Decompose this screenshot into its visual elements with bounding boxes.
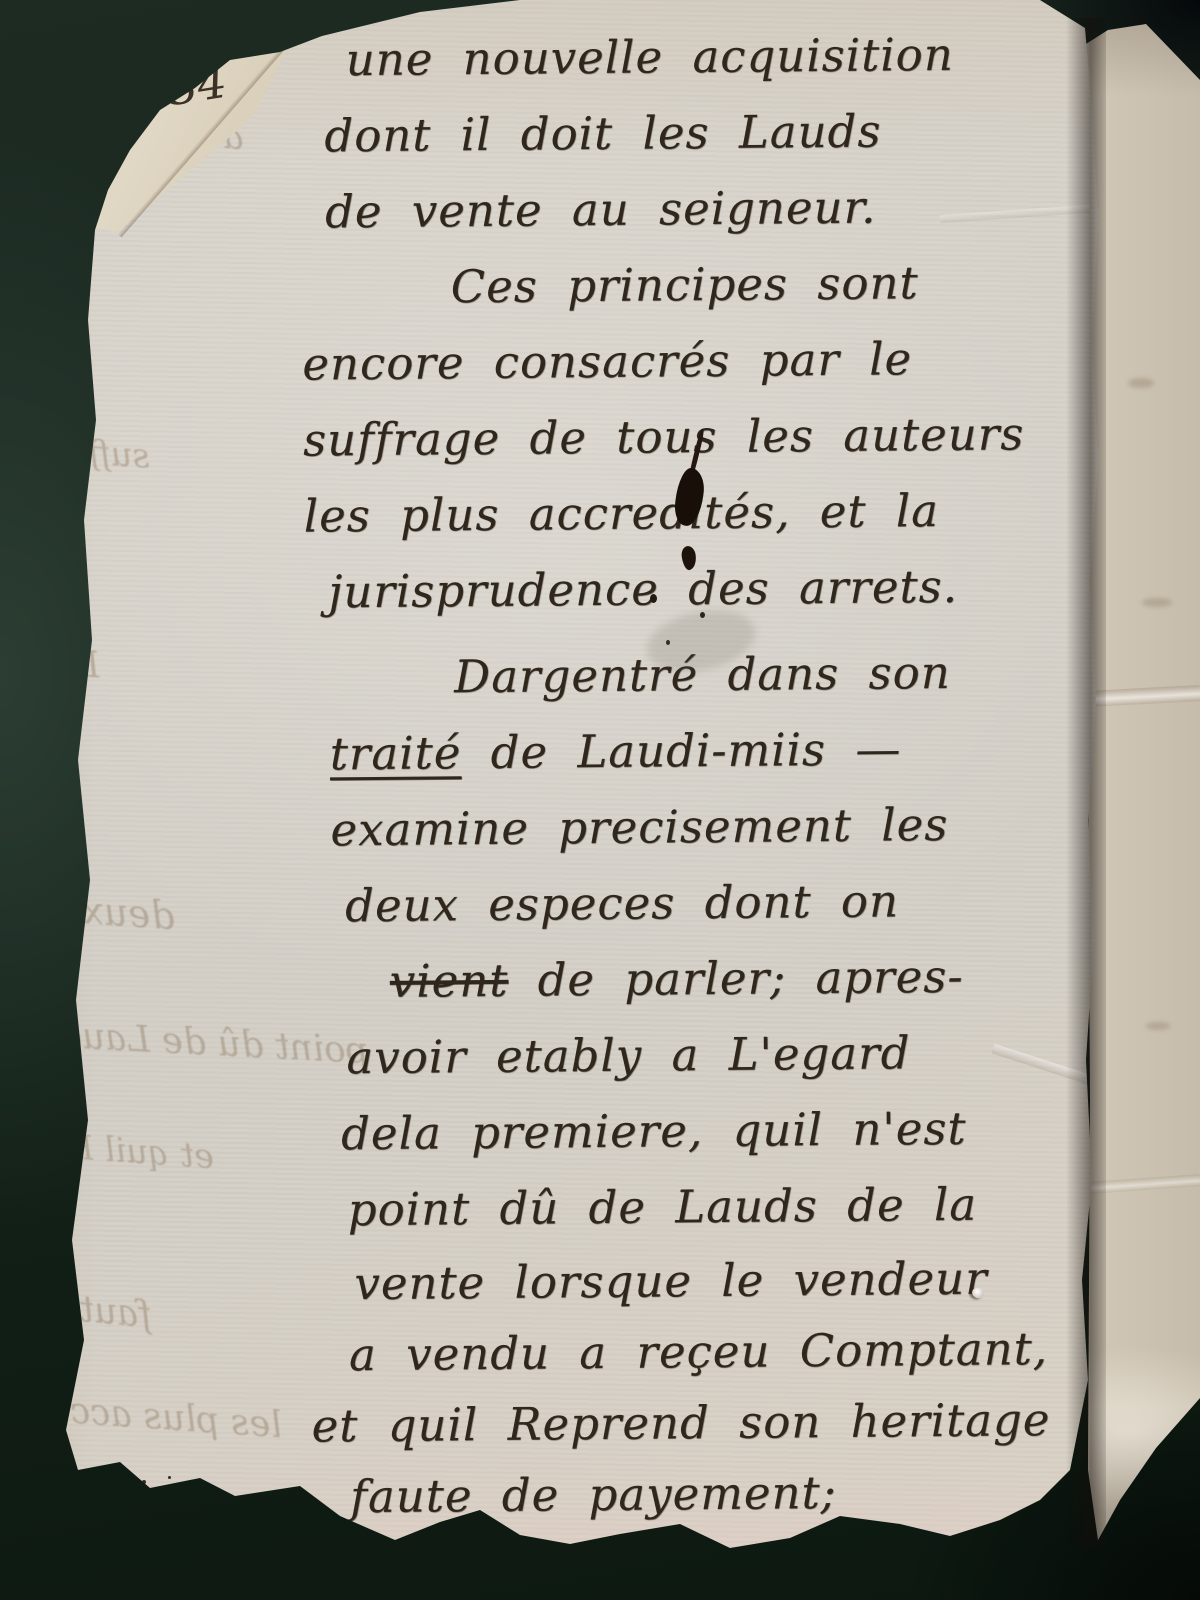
text-segment: a vendu a reçeu Comptant, (349, 1322, 1048, 1381)
manuscript-page: a vendu a reçeu Comptant,de vente au sei… (0, 0, 1200, 1600)
text-line: encore consacrés par le (302, 319, 1197, 403)
text-segment: et quil Reprend son heritage (311, 1393, 1050, 1452)
struck-word: vient (390, 954, 509, 1008)
text-segment: avoir etably a L'egard (346, 1026, 910, 1084)
text-segment: suffrage de tous les auteurs (303, 407, 1025, 466)
torn-edge-fragment (88, 36, 104, 50)
text-segment: dela premiere, quil n'est (341, 1102, 967, 1160)
text-line: dont il doit les Lauds (324, 91, 1195, 175)
photograph-of-manuscript: a vendu a reçeu Comptant,de vente au sei… (0, 0, 1200, 1600)
text-line: les plus accredités, et la (303, 471, 1198, 555)
bleedthrough-line: Dargentré dans son (0, 614, 102, 686)
text-segment: examine precisement les (330, 798, 948, 856)
text-segment: de Laudi-miis — (461, 722, 901, 779)
text-segment: une nouvelle acquisition (346, 28, 954, 86)
text-segment: jurisprudence des arrets. (328, 560, 958, 618)
ink-smudge (1142, 598, 1172, 607)
ink-speck (650, 594, 657, 603)
bleedthrough-line: de vente au seigneur. (0, 250, 70, 309)
text-segment: de parler; apres- (508, 950, 964, 1007)
text-segment: point dû de Lauds de la (348, 1178, 978, 1236)
underlined-word: traité (330, 726, 462, 780)
text-segment: de vente au seigneur. (325, 181, 877, 239)
page-gutter-shadow (1066, 18, 1106, 1548)
text-segment: dont il doit les Lauds (324, 105, 882, 163)
text-segment: encore consacrés par le (302, 332, 912, 390)
text-segment: vente lorsque le vendeur (354, 1252, 988, 1311)
ink-smudge (1128, 378, 1154, 388)
adjacent-page-crease (1090, 1174, 1200, 1194)
torn-edge-fragment (84, 22, 154, 100)
text-line: suffrage de tous les auteurs (303, 395, 1198, 479)
torn-edge-fragment (82, 92, 126, 158)
text-segment: deux especes dont on (345, 874, 899, 932)
text-segment: Ces principes sont (451, 256, 919, 313)
ink-smudge (1146, 1022, 1170, 1030)
manuscript-text: une nouvelle acquisitiondont il doit les… (0, 15, 1200, 1535)
ink-speck-cluster (128, 1470, 198, 1510)
text-segment: les plus accredités, et la (303, 484, 939, 543)
text-segment: faute de payement; (350, 1466, 837, 1523)
